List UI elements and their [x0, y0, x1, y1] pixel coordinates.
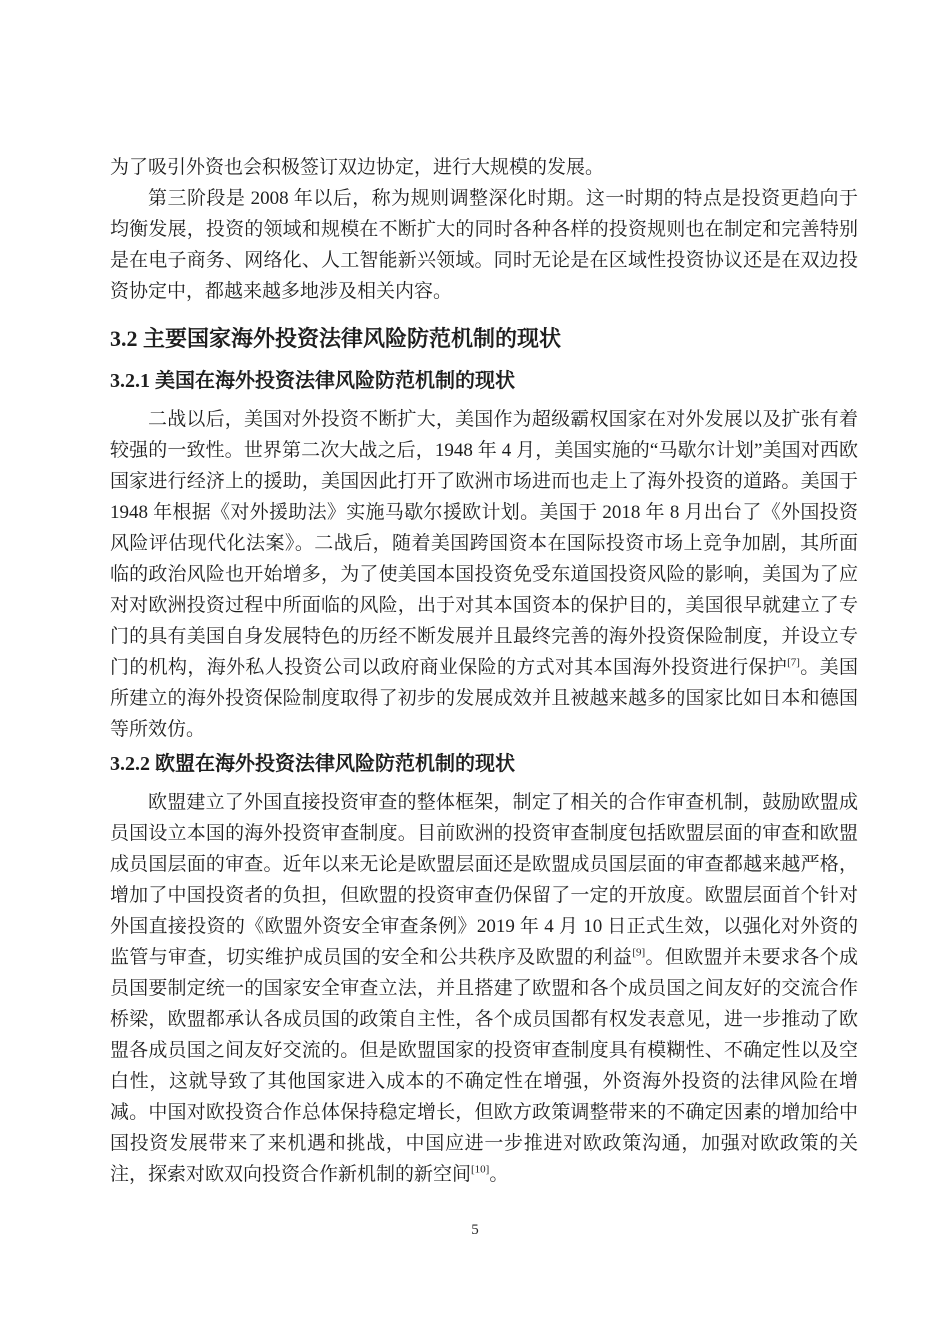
footnote-ref-10: [10] — [471, 1164, 489, 1176]
document-page: 为了吸引外资也会积极签订双边协定，进行大规模的发展。 第三阶段是 2008 年以… — [0, 0, 950, 1344]
footnote-ref-9: [9] — [632, 947, 645, 959]
section-heading-3-2: 3.2 主要国家海外投资法律风险防范机制的现状 — [110, 324, 858, 354]
paragraph-continuation: 为了吸引外资也会积极签订双边协定，进行大规模的发展。 — [110, 152, 858, 183]
paragraph-eu-text-3: 。 — [489, 1164, 508, 1185]
paragraph-eu: 欧盟建立了外国直接投资审查的整体框架，制定了相关的合作审查机制，鼓励欧盟成员国设… — [110, 787, 858, 1190]
footnote-ref-7: [7] — [787, 657, 800, 669]
paragraph-third-stage: 第三阶段是 2008 年以后，称为规则调整深化时期。这一时期的特点是投资更趋向于… — [110, 183, 858, 307]
page-number: 5 — [0, 1221, 950, 1239]
text-column: 为了吸引外资也会积极签订双边协定，进行大规模的发展。 第三阶段是 2008 年以… — [110, 152, 858, 1190]
paragraph-eu-text-2: 。但欧盟并未要求各个成员国要制定统一的国家安全审查立法，并且搭建了欧盟和各个成员… — [110, 947, 858, 1185]
subsection-heading-3-2-1: 3.2.1 美国在海外投资法律风险防范机制的现状 — [110, 367, 858, 395]
paragraph-us: 二战以后，美国对外投资不断扩大，美国作为超级霸权国家在对外发展以及扩张有着较强的… — [110, 404, 858, 745]
paragraph-us-text-1: 二战以后，美国对外投资不断扩大，美国作为超级霸权国家在对外发展以及扩张有着较强的… — [110, 409, 858, 678]
subsection-heading-3-2-2: 3.2.2 欧盟在海外投资法律风险防范机制的现状 — [110, 750, 858, 778]
paragraph-eu-text-1: 欧盟建立了外国直接投资审查的整体框架，制定了相关的合作审查机制，鼓励欧盟成员国设… — [110, 792, 858, 968]
